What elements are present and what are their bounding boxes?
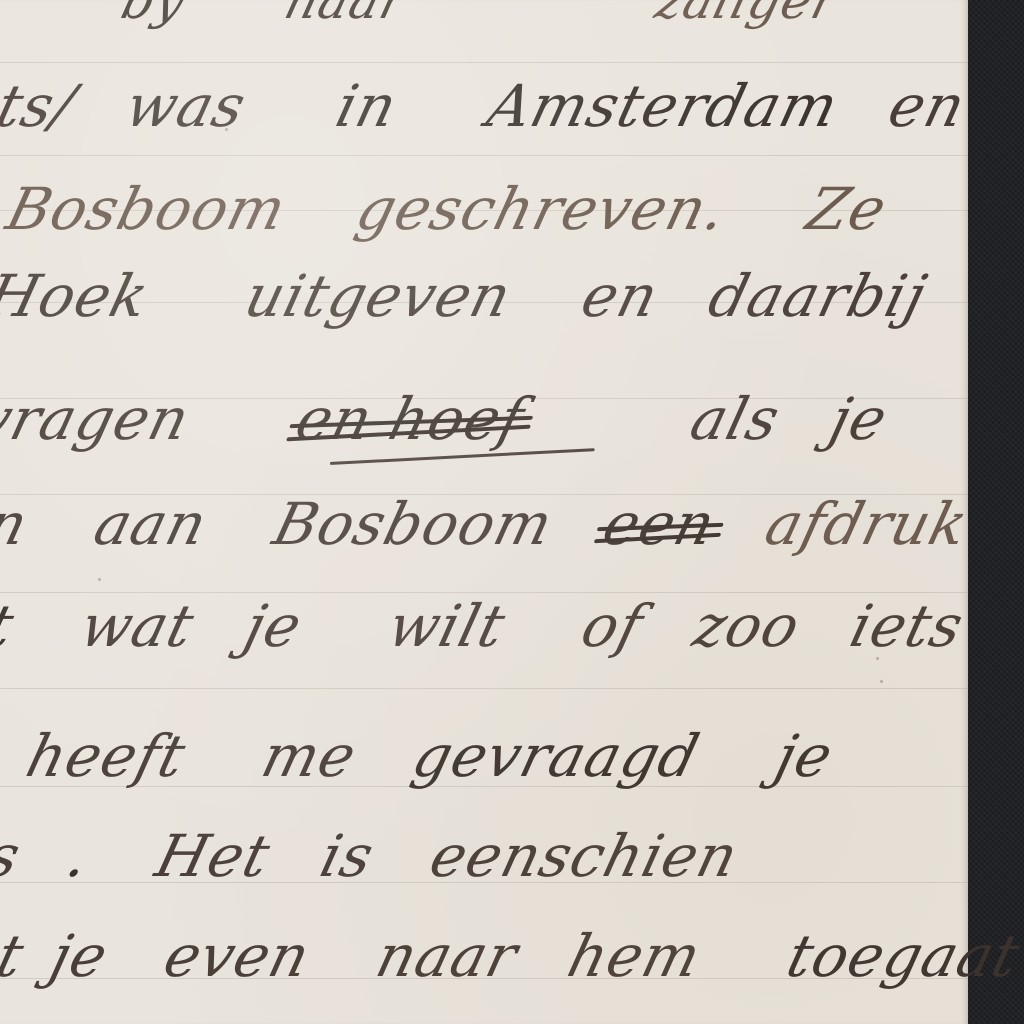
- line-7-word: zoo: [687, 592, 807, 660]
- lined-paper-sheet: r by naar zaliger ts/ was in Amsterdam e…: [0, 0, 968, 1024]
- line-6-word: afdruk: [759, 490, 975, 558]
- line-8-word: gevraagd: [406, 722, 706, 790]
- line-3-word: Bosboom: [0, 175, 293, 243]
- line-8-word: me: [255, 722, 363, 790]
- line-3-word: geschreven.: [350, 175, 734, 243]
- line-4-word: uitgeven: [238, 262, 518, 330]
- line-4-word: Hoek: [0, 262, 156, 330]
- line-2-word: Amsterdam: [481, 72, 846, 140]
- line-7-word: t: [0, 592, 21, 660]
- line-10-word: naar: [370, 922, 525, 990]
- line-7-word: of: [575, 592, 650, 660]
- scanned-letter-page: r by naar zaliger ts/ was in Amsterdam e…: [0, 0, 1024, 1024]
- handwritten-line-9: s . Het is eenschien: [0, 822, 779, 890]
- paper-speck: [225, 128, 228, 131]
- line-10-word: even: [158, 922, 318, 990]
- line-5-word: als: [684, 385, 787, 453]
- line-10-word: hem: [561, 922, 708, 990]
- line-6-word: aan: [88, 490, 214, 558]
- line-5-word: je: [823, 385, 894, 453]
- line-1-word: zaliger: [650, 0, 845, 30]
- line-1-word: by: [116, 0, 193, 30]
- line-1-prefix: r: [0, 0, 9, 30]
- line-9-word: .: [60, 822, 96, 890]
- line-7-word: je: [238, 592, 309, 660]
- ruled-line: [0, 155, 968, 156]
- line-9-word: s: [0, 822, 28, 890]
- line-6-word: Bosboom: [267, 490, 560, 558]
- line-7-word: wat: [74, 592, 202, 660]
- crossed-out-text: een: [596, 490, 722, 558]
- line-4-word: daarbij: [702, 262, 934, 330]
- line-4-word: en: [575, 262, 666, 330]
- handwritten-line-10: t je even naar hem toegaat: [0, 922, 1024, 990]
- handwritten-line-5: vragen en hoef als je: [0, 385, 929, 453]
- handwritten-line-6: n aan Bosboom een afdruk: [0, 490, 1009, 558]
- line-10-word: t: [0, 922, 31, 990]
- line-2-word: in: [330, 72, 405, 140]
- line-6-word: n: [0, 490, 35, 558]
- paper-speck: [98, 578, 101, 581]
- line-7-word: iets: [844, 592, 971, 660]
- paper-speck: [876, 657, 879, 660]
- line-5-word: vragen: [0, 385, 197, 453]
- line-8-word: heeft: [20, 722, 193, 790]
- line-1-word: naar: [279, 0, 413, 30]
- line-10-word: toegaat: [781, 922, 1024, 990]
- handwritten-line-4: Hoek uitgeven en daarbij: [0, 262, 968, 330]
- line-2-word: ts/: [0, 72, 83, 140]
- line-2-word: en: [882, 72, 973, 140]
- handwritten-line-8: heeft me gevraagd je: [20, 722, 874, 790]
- handwritten-line-1: r by naar zaliger: [0, 0, 879, 30]
- line-10-word: je: [44, 922, 115, 990]
- handwritten-line-3: Bosboom geschreven. Ze: [0, 175, 928, 243]
- line-7-word: wilt: [381, 592, 512, 660]
- line-2-word: was: [119, 72, 253, 140]
- handwritten-line-7: t wat je wilt of zoo iets: [0, 592, 1005, 660]
- line-3-word: Ze: [800, 175, 894, 243]
- crossed-out-text: en hoef: [289, 385, 531, 453]
- ruled-line: [0, 688, 968, 689]
- line-9-word: eenschien: [424, 822, 746, 890]
- line-8-word: je: [769, 722, 840, 790]
- line-9-word: Het: [149, 822, 277, 890]
- ruled-line: [0, 62, 968, 63]
- handwritten-line-2: ts/ was in Amsterdam en: [0, 72, 1007, 140]
- paper-speck: [880, 680, 883, 683]
- line-9-word: is: [314, 822, 381, 890]
